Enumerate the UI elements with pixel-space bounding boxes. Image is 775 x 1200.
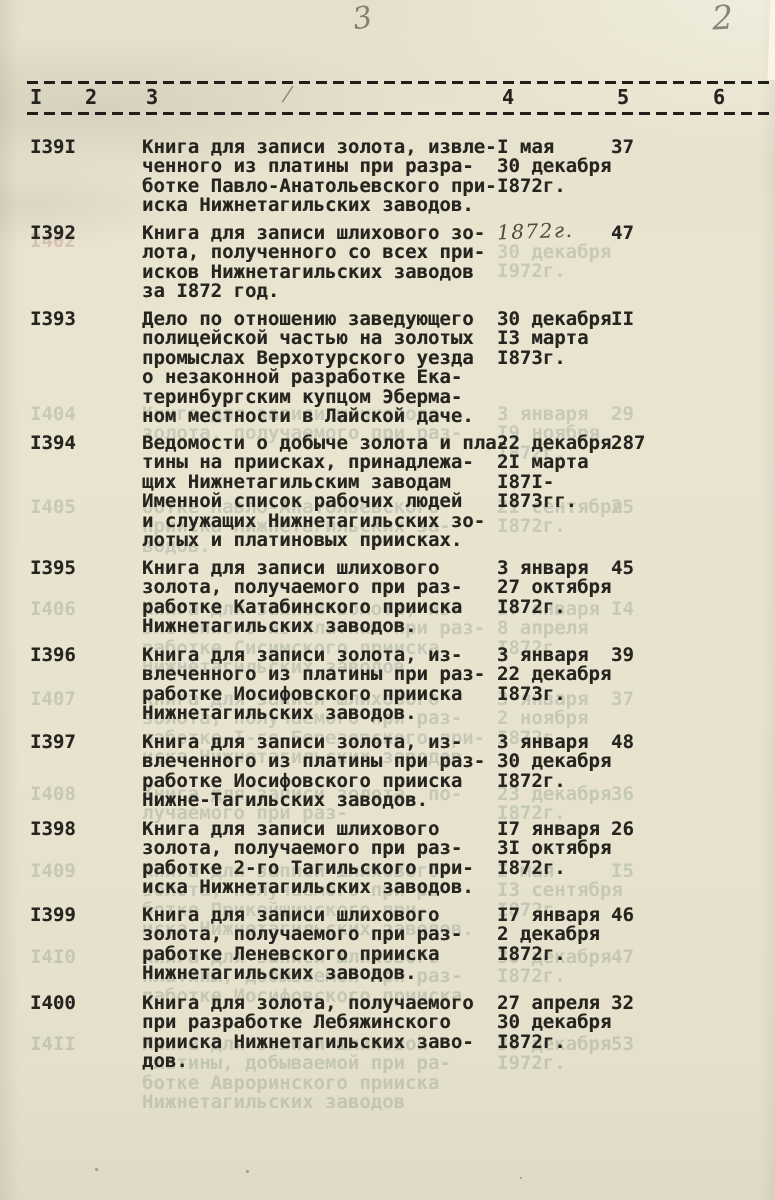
bleedthrough-date-line: I972г. bbox=[497, 262, 611, 281]
date-line: I872г. bbox=[497, 177, 611, 196]
bleedthrough-sheet-count: I4 bbox=[611, 600, 634, 619]
row-sheet-count: 47 bbox=[611, 224, 634, 243]
description-line: ном местности в Лайской даче. bbox=[142, 407, 474, 426]
handwritten-page-number-center: 3 bbox=[350, 0, 374, 37]
date-line: 2 декабря bbox=[497, 925, 600, 944]
bleedthrough-line: Нижнетагильских заводов bbox=[142, 1093, 451, 1112]
bleedthrough-dates: 30 декабряI972г. bbox=[497, 243, 611, 282]
row-description: Книга для записи золота, из-влеченного и… bbox=[142, 733, 485, 811]
row-number: I398 bbox=[30, 820, 76, 839]
row-dates: I7 января2 декабряI872г. bbox=[497, 906, 600, 964]
description-line: Нижне-Тагильских заводов. bbox=[142, 791, 485, 810]
row-dates: I7 января3I октябряI872г. bbox=[497, 820, 611, 878]
bleedthrough-number: I409 bbox=[30, 862, 76, 881]
row-sheet-count: II bbox=[611, 310, 634, 329]
table-header-rule-top bbox=[27, 81, 775, 84]
scan-edge bbox=[768, 0, 775, 80]
column-number: 6 bbox=[713, 85, 726, 109]
date-line: 30 декабря bbox=[497, 157, 611, 176]
table-header-rule-bottom bbox=[27, 112, 775, 115]
date-line: 3I октября bbox=[497, 839, 611, 858]
bleedthrough-date-line: 8 апреля bbox=[497, 619, 600, 638]
date-line: 27 октября bbox=[497, 578, 611, 597]
row-description: Книга для записи шлиховогозолота, получа… bbox=[142, 559, 462, 637]
row-number: I39I bbox=[30, 138, 76, 157]
description-line: иска Нижнетагильских заводов. bbox=[142, 878, 474, 897]
description-line: полицейской частью на золотых bbox=[142, 329, 474, 348]
row-description: Ведомости о добыче золота и пла-тины на … bbox=[142, 434, 508, 550]
column-number: I bbox=[30, 85, 43, 109]
description-line: дов. bbox=[142, 1052, 474, 1071]
row-sheet-count: 26 bbox=[611, 820, 634, 839]
date-line: I872г. bbox=[497, 945, 600, 964]
description-line: за I872 год. bbox=[142, 282, 485, 301]
row-number: I394 bbox=[30, 434, 76, 453]
bleedthrough-date-line: I972г. bbox=[497, 1054, 611, 1073]
description-line: иска Нижнетагильских заводов. bbox=[142, 196, 497, 215]
handwritten-date: 1872г. bbox=[497, 221, 574, 243]
column-number: 2 bbox=[85, 85, 98, 109]
row-number: I395 bbox=[30, 559, 76, 578]
bleedthrough-number: I404 bbox=[30, 405, 76, 424]
bleedthrough-number: I407 bbox=[30, 690, 76, 709]
handwritten-check-mark: / bbox=[283, 82, 293, 107]
handwritten-page-number-right: 2 bbox=[711, 0, 734, 38]
description-line: Нижнетагильских заводов. bbox=[142, 964, 462, 983]
bleedthrough-number: I406 bbox=[30, 600, 76, 619]
description-line: лота, полученного со всех при- bbox=[142, 243, 485, 262]
bleedthrough-sheet-count: 36 bbox=[611, 785, 634, 804]
row-dates: 3 января22 декабряI873г. bbox=[497, 646, 611, 704]
date-line: 30 декабря bbox=[497, 752, 611, 771]
bleedthrough-sheet-count: 53 bbox=[611, 1035, 634, 1054]
date-line: I873г. bbox=[497, 685, 611, 704]
row-sheet-count: 32 bbox=[611, 994, 634, 1013]
bleedthrough-date-line: I872г. bbox=[497, 967, 611, 986]
row-sheet-count: 48 bbox=[611, 733, 634, 752]
description-line: золота, получаемого при раз- bbox=[142, 839, 474, 858]
row-number: I400 bbox=[30, 994, 76, 1013]
date-line: 30 декабря bbox=[497, 1013, 611, 1032]
description-line: ченного из платины при разра- bbox=[142, 157, 497, 176]
row-description: Книга для золота, получаемогопри разрабо… bbox=[142, 994, 474, 1072]
date-line: I3 марта bbox=[497, 329, 611, 348]
row-description: Книга для записи шлихового зо-лота, полу… bbox=[142, 224, 485, 302]
description-line: влеченного из платины при раз- bbox=[142, 752, 485, 771]
archival-inventory-page: 3 2 I23456 / I40230 декабряI972г.I404Кни… bbox=[0, 0, 775, 1200]
date-line: I872г. bbox=[497, 1033, 611, 1052]
row-description: Книга для записи шлиховогозолота, получа… bbox=[142, 820, 474, 898]
row-description: Книга для записи золота, из-влеченного и… bbox=[142, 646, 485, 724]
row-description: Книга для записи золота, извле-ченного и… bbox=[142, 138, 497, 216]
paper-speck bbox=[95, 1168, 98, 1171]
description-line: влеченного из платины при раз- bbox=[142, 665, 485, 684]
row-sheet-count: 45 bbox=[611, 559, 634, 578]
date-line: 2I марта bbox=[497, 453, 611, 472]
bleedthrough-number: I4II bbox=[30, 1035, 76, 1054]
row-number: I399 bbox=[30, 906, 76, 925]
row-sheet-count: 37 bbox=[611, 138, 634, 157]
row-dates: 3 января30 декабряI872г. bbox=[497, 733, 611, 791]
date-line: I873г. bbox=[497, 349, 611, 368]
row-description: Книга для записи шлиховогозолота, получа… bbox=[142, 906, 462, 984]
row-sheet-count: 39 bbox=[611, 646, 634, 665]
description-line: Нижнетагильских заводов. bbox=[142, 704, 485, 723]
description-line: золота, получаемого при раз- bbox=[142, 578, 462, 597]
row-number: I393 bbox=[30, 310, 76, 329]
bleedthrough-sheet-count: 37 bbox=[611, 690, 634, 709]
bleedthrough-sheet-count: 29 bbox=[611, 405, 634, 424]
column-number: 5 bbox=[617, 85, 630, 109]
bleedthrough-sheet-count: 47 bbox=[611, 948, 634, 967]
bleedthrough-sheet-count: I5 bbox=[611, 862, 634, 881]
paper-speck bbox=[246, 1170, 249, 1173]
date-line: I873гг. bbox=[497, 492, 611, 511]
description-line: тины на приисках, принадлежа- bbox=[142, 453, 508, 472]
date-line: 22 декабря bbox=[497, 665, 611, 684]
column-number: 3 bbox=[146, 85, 159, 109]
description-line: золота, получаемого при раз- bbox=[142, 925, 462, 944]
row-number: I392 bbox=[30, 224, 76, 243]
bleedthrough-date-line: I3 сентября bbox=[497, 881, 623, 900]
row-dates: 27 апреля30 декабряI872г. bbox=[497, 994, 611, 1052]
description-line: при разработке Лебяжинского bbox=[142, 1013, 474, 1032]
row-sheet-count: 287 bbox=[611, 434, 645, 453]
description-line: прииска Нижнетагильских заво- bbox=[142, 1033, 474, 1052]
bleedthrough-sheet-count: 25 bbox=[611, 498, 634, 517]
paper-speck bbox=[520, 1177, 522, 1179]
description-line: Именной список рабочих людей bbox=[142, 492, 508, 511]
row-dates: 22 декабря2I мартаI87I-I873гг. bbox=[497, 434, 611, 512]
bleedthrough-date-line: 2 ноября bbox=[497, 709, 589, 728]
description-line: Нижнетагильских заводов. bbox=[142, 617, 462, 636]
date-line: I872г. bbox=[497, 598, 611, 617]
row-dates: 3 января27 октябряI872г. bbox=[497, 559, 611, 617]
date-line: I872г. bbox=[497, 772, 611, 791]
column-number: 4 bbox=[502, 85, 515, 109]
row-sheet-count: 46 bbox=[611, 906, 634, 925]
row-number: I397 bbox=[30, 733, 76, 752]
row-dates: 30 декабряI3 мартаI873г. bbox=[497, 310, 611, 368]
row-dates: I мая30 декабряI872г. bbox=[497, 138, 611, 196]
row-number: I396 bbox=[30, 646, 76, 665]
bleedthrough-date-line: I872г. bbox=[497, 517, 623, 536]
date-line: I872г. bbox=[497, 859, 611, 878]
row-description: Дело по отношению заведующегополицейской… bbox=[142, 310, 474, 426]
bleedthrough-number: I408 bbox=[30, 785, 76, 804]
description-line: лотых и платиновых приисках. bbox=[142, 531, 508, 550]
bleedthrough-number: I4I0 bbox=[30, 948, 76, 967]
description-line: о незаконной разработке Ека- bbox=[142, 368, 474, 387]
bleedthrough-number: I405 bbox=[30, 498, 76, 517]
